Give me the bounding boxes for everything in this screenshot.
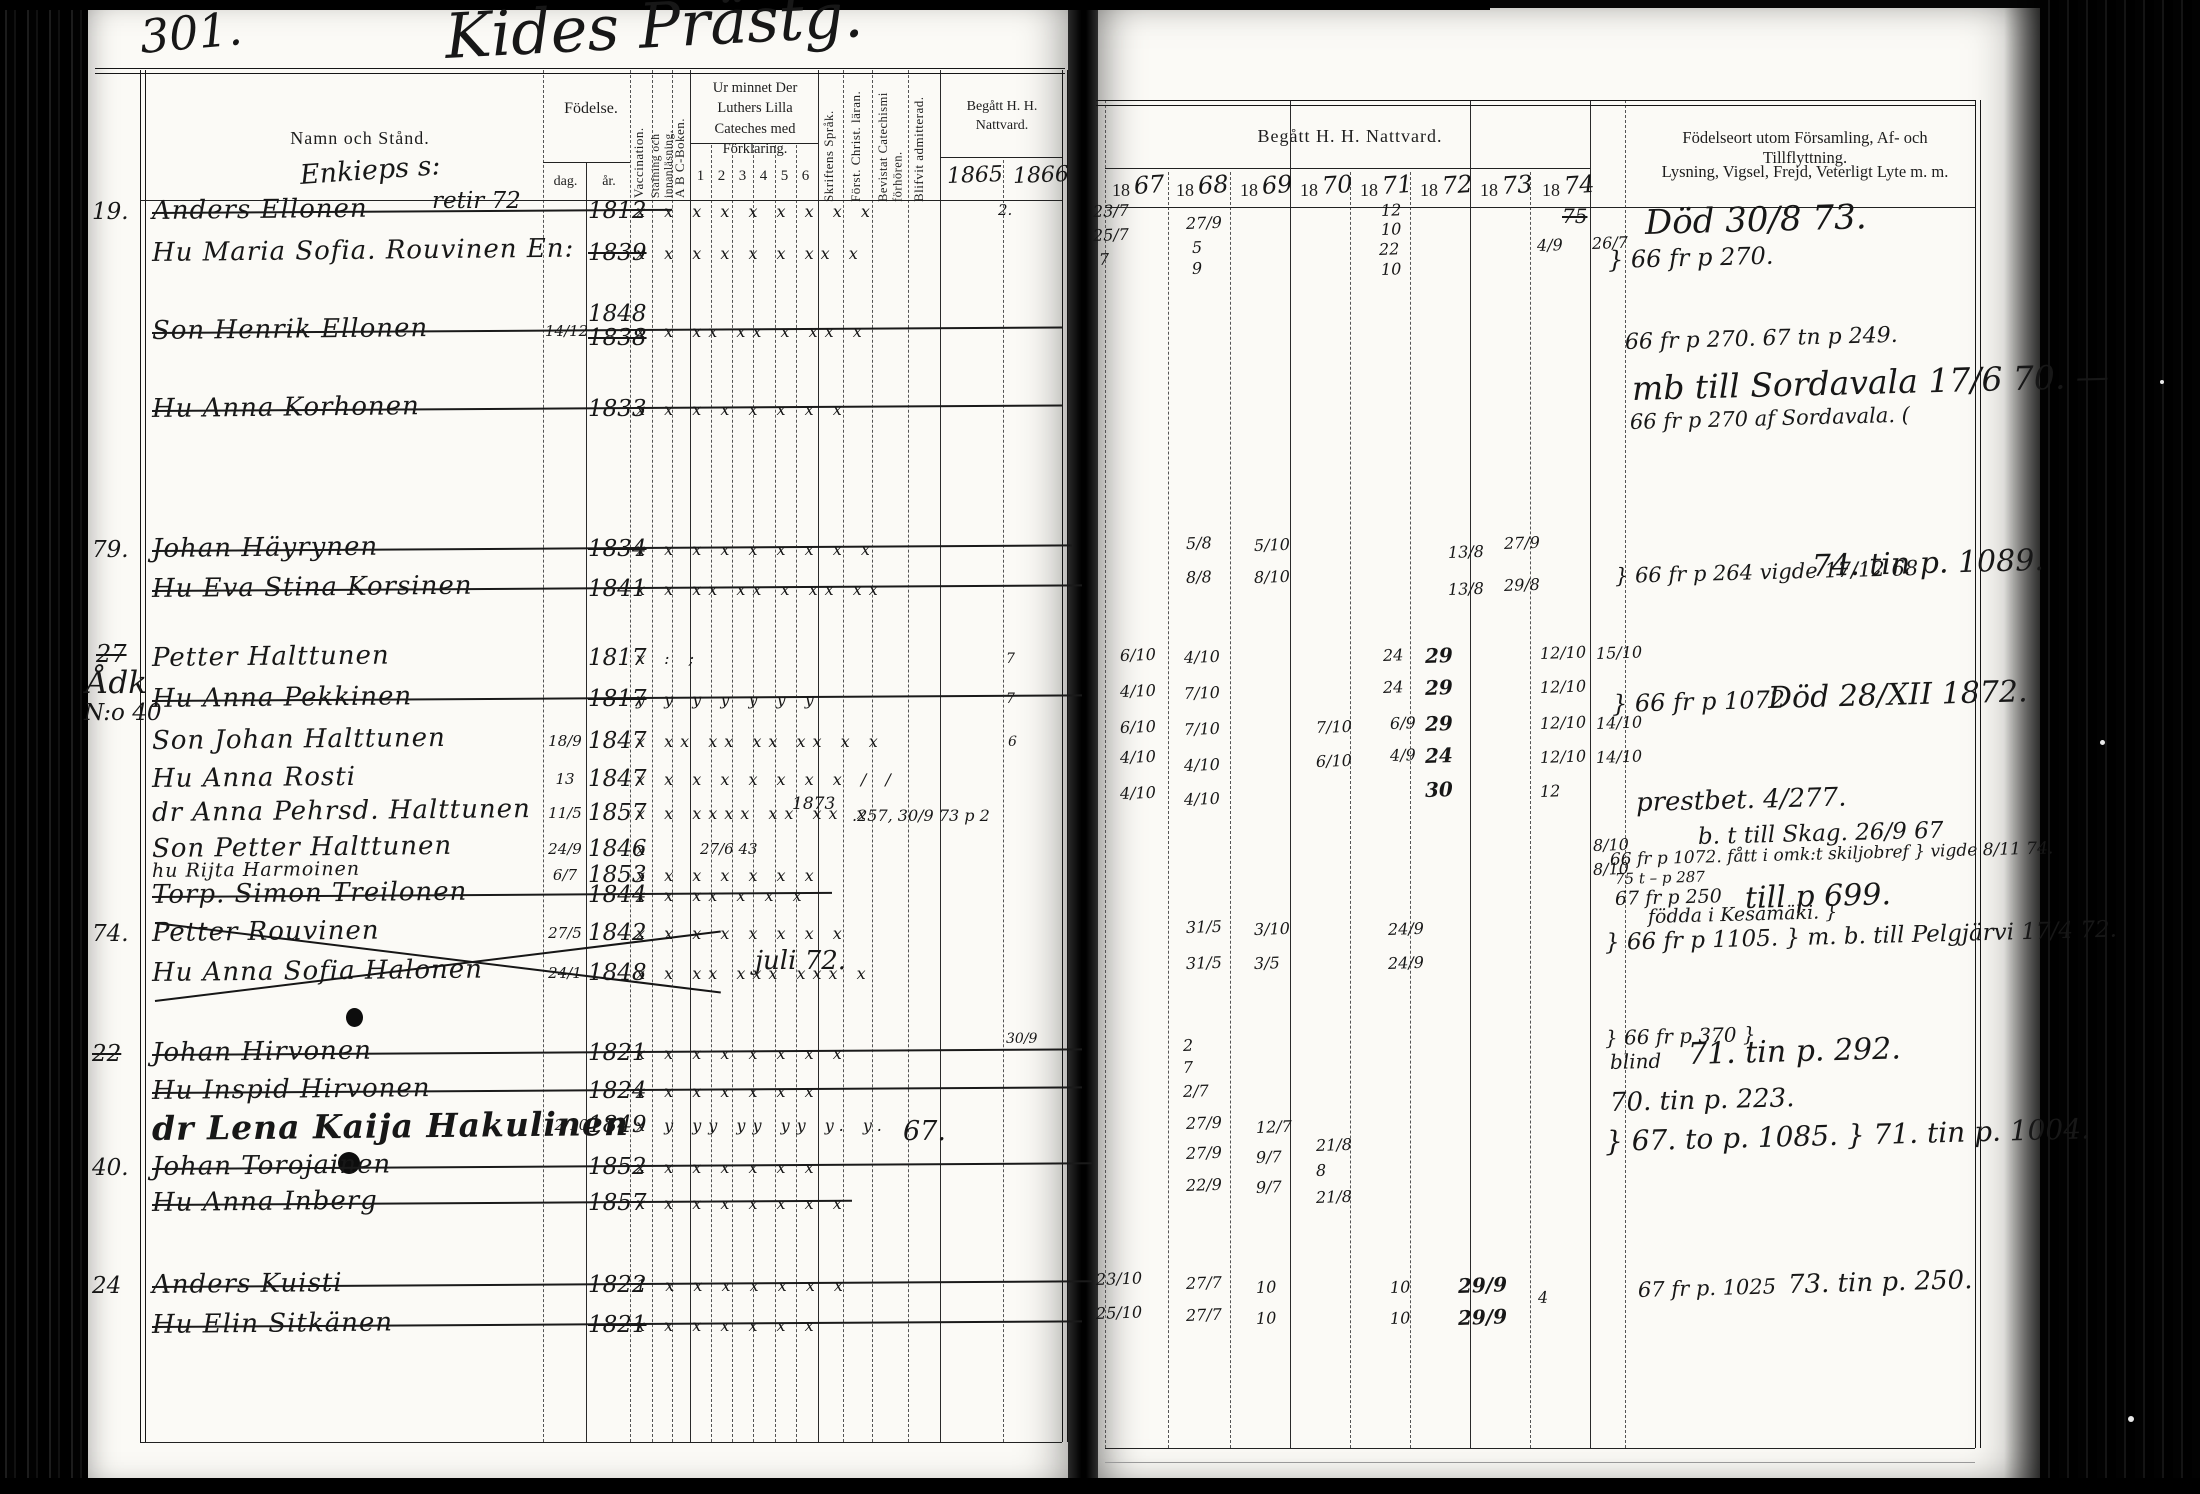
communion-date-mark: 5/10	[1254, 537, 1290, 554]
attendance-x-marks: x x x x x x x x	[636, 1046, 849, 1062]
record-note: blind	[1610, 1051, 1662, 1072]
scan-edge-left	[0, 0, 92, 1494]
communion-date-mark: 27/9	[1186, 1115, 1222, 1132]
grid-rule-vertical	[586, 162, 587, 1442]
communion-date-mark: 2	[1183, 1038, 1194, 1054]
attendance-x-marks: x x x x x x xx x	[636, 246, 865, 262]
column-header-attended-exams: Bevistat Catechismi förhören.	[876, 76, 905, 202]
communion-date-mark: 7/10	[1184, 721, 1220, 738]
grid-rule-vertical	[1062, 70, 1068, 1442]
grid-rule-vertical	[1470, 100, 1471, 1448]
communion-date-mark: 8/10	[1254, 569, 1290, 586]
communion-date-mark: 29/9	[1458, 1306, 1508, 1328]
grid-rule-vertical	[652, 70, 653, 1442]
column-header-birth: Födelse.	[552, 100, 630, 118]
scan-speck	[2100, 740, 2105, 745]
communion-date-mark: 10	[1390, 1279, 1411, 1296]
margin-note: 27/6 43	[700, 842, 758, 857]
right-page	[1096, 8, 2040, 1480]
record-note: 73. tin p. 250.	[1788, 1267, 1973, 1298]
communion-date-mark: 21/8	[1316, 1189, 1352, 1206]
column-header-first-christian: Först. Christ. läran.	[849, 76, 864, 202]
year-header-1874: 18	[1542, 180, 1560, 201]
communion-date-mark: 6/10	[1120, 719, 1156, 736]
year-header-hw-1867: 67	[1133, 172, 1165, 198]
record-note: födda i Kesämäki. }	[1648, 903, 1838, 927]
attendance-x-marks: x y yy yy yy y. y.	[636, 1118, 889, 1134]
margin-note: retir 72	[432, 190, 521, 213]
person-name: Son Johan Halttunen	[152, 725, 446, 754]
margin-note: 27	[96, 642, 127, 666]
communion-date-mark: 3/5	[1254, 955, 1280, 972]
grid-rule-vertical	[1410, 172, 1411, 1448]
year-header-1869: 18	[1240, 180, 1258, 201]
birth-day: 6/7	[545, 868, 585, 883]
communion-date-mark: 24/9	[1388, 955, 1424, 972]
grid-rule-vertical	[140, 70, 146, 1442]
attendance-x-marks: 1 x x x x x x x	[636, 1278, 850, 1294]
record-note: 71. tin p. 292.	[1688, 1034, 1902, 1070]
person-name: Hu Anna Rosti	[152, 764, 356, 792]
person-name: Johan Torojainen	[152, 1151, 391, 1180]
attendance-x-marks: x x x x x x x	[636, 1318, 821, 1334]
grid-rule-vertical	[843, 70, 844, 1442]
communion-date-mark: 3/10	[1254, 921, 1290, 938]
communion-date-mark: 31/5	[1186, 955, 1222, 972]
grid-rule-horizontal	[140, 1442, 1062, 1443]
column-header-catechism: Ur minnet Der Luthers Lilla Cateches med…	[694, 78, 816, 159]
communion-date-mark: 4/9	[1390, 747, 1416, 764]
column-header-abc-book: A B C-Boken.	[673, 76, 688, 198]
communion-date-mark: 12	[1540, 783, 1561, 800]
birth-day: 18/9	[545, 734, 585, 749]
catechism-col-6: 6	[795, 168, 816, 185]
margin-note: 6	[1008, 735, 1017, 749]
catechism-col-3: 3	[732, 168, 753, 185]
person-name: Hu Anna Inberg	[152, 1188, 378, 1216]
grid-rule-vertical	[630, 70, 631, 1442]
person-name: Johan Hirvonen	[152, 1038, 372, 1066]
margin-note: Ådk	[86, 668, 147, 699]
attendance-x-marks: x x xx x x x	[636, 888, 809, 904]
birth-day: 24/9	[545, 842, 585, 857]
person-name: Hu Anna Pekkinen	[152, 683, 412, 712]
communion-date-mark: 24	[1383, 647, 1404, 664]
person-name: Anders Ellonen	[152, 196, 368, 224]
person-name: dr Anna Pehrsd. Halttunen	[152, 796, 531, 826]
communion-date-mark: 30	[1425, 779, 1454, 800]
communion-date-mark: 12/10	[1540, 748, 1587, 766]
communion-date-mark: 4/10	[1184, 757, 1220, 774]
birth-day: 12/10	[545, 1118, 585, 1133]
person-name: Petter Halttunen	[152, 643, 390, 671]
grid-rule-vertical	[1168, 172, 1169, 1448]
communion-date-mark: 21/8	[1316, 1137, 1352, 1154]
row-margin-number: 40.	[92, 1157, 129, 1180]
column-header-notes-2: Lysning, Vigsel, Frejd, Veterligt Lyte m…	[1640, 162, 1970, 182]
communion-date-mark: 2/7	[1183, 1083, 1209, 1100]
year-header-1870: 18	[1300, 180, 1318, 201]
attendance-x-marks: x x x x x x x x x	[636, 542, 877, 558]
attendance-x-marks: x	[636, 842, 652, 858]
column-header-admitted: Blifvit admitterad.	[912, 76, 927, 202]
communion-date-mark: 12	[1381, 202, 1402, 219]
row-margin-number: 79.	[92, 539, 129, 562]
catechism-col-1: 1	[690, 168, 711, 185]
column-header-vaccination: Vaccination.	[632, 76, 647, 198]
record-note: 67 fr p. 1025	[1638, 1276, 1777, 1301]
catechism-col-2: 2	[711, 168, 732, 185]
attendance-x-marks: x x x x x x x x	[636, 1196, 849, 1212]
column-header-communion-left: Begått H. H. Nattvard.	[944, 98, 1060, 136]
grid-rule-vertical	[672, 70, 673, 1442]
column-header-communion-right: Begått H. H. Nattvard.	[1180, 126, 1520, 147]
communion-date-mark: 22/9	[1186, 1177, 1222, 1194]
attendance-x-marks: x : ;	[636, 651, 701, 667]
year-header-hw-1874: 74	[1563, 172, 1595, 198]
attendance-x-marks: x x x x x x x	[636, 1084, 821, 1100]
communion-year-1866: 1866	[1013, 164, 1070, 188]
communion-date-mark: 27/9	[1504, 535, 1540, 552]
person-name: Son Henrik Ellonen	[152, 315, 428, 344]
year-header-1873: 18	[1480, 180, 1498, 201]
row-margin-number: 19.	[92, 201, 129, 224]
communion-date-mark: 6/10	[1316, 753, 1352, 770]
catechism-col-5: 5	[774, 168, 795, 185]
margin-note: juli 72.	[755, 948, 846, 974]
record-note: 75 t – p 287	[1615, 870, 1705, 887]
attendance-x-marks: x x x x x x x x	[636, 926, 849, 942]
year-header-hw-1870: 70	[1321, 172, 1353, 198]
attendance-x-marks: x x x x x x x x ∕ ∕	[636, 772, 898, 788]
communion-date-mark: 10	[1381, 261, 1402, 278]
communion-date-mark: 15/10	[1596, 644, 1643, 662]
birth-day: 27/5	[545, 926, 585, 941]
scanned-record-book: 301. Kides Prästg. Namn och Stånd. Enkie…	[0, 0, 2200, 1494]
communion-date-mark: 27/9	[1186, 1145, 1222, 1162]
scan-edge-right	[2040, 0, 2200, 1494]
column-header-birth-year: år.	[588, 174, 630, 190]
book-gutter	[1068, 0, 1098, 1494]
communion-date-mark: 23/10	[1096, 1270, 1143, 1288]
communion-date-mark: 9/7	[1256, 1179, 1282, 1196]
year-header-hw-1871: 71	[1381, 172, 1413, 198]
communion-date-mark: 10	[1390, 1310, 1411, 1327]
communion-date-mark: 12/10	[1540, 644, 1587, 662]
communion-date-mark: 29/9	[1458, 1274, 1508, 1296]
grid-rule-vertical	[872, 70, 873, 1442]
row-margin-number: 22	[92, 1043, 121, 1066]
margin-note: N:o 40	[84, 702, 161, 725]
communion-date-mark: 4/10	[1184, 791, 1220, 808]
record-note: prestbet. 4/277.	[1636, 784, 1847, 816]
communion-date-mark: 13/8	[1448, 544, 1484, 561]
communion-date-mark: 4/10	[1120, 683, 1156, 700]
year-header-hw-1872: 72	[1441, 172, 1473, 198]
grid-rule-vertical	[908, 70, 909, 1442]
communion-year-1865: 1865	[947, 164, 1004, 188]
grid-rule-vertical	[543, 70, 544, 1442]
attendance-x-marks: x x xxxx xx xx x	[636, 806, 873, 822]
grid-rule-vertical	[1105, 100, 1106, 1448]
column-header-birth-day: dag.	[545, 174, 586, 190]
communion-date-mark: 6/9	[1390, 715, 1416, 732]
scan-speck	[2160, 380, 2164, 384]
grid-rule-vertical	[690, 70, 691, 1442]
communion-date-mark: 10	[1381, 221, 1402, 238]
communion-date-mark: 10	[1256, 1279, 1277, 1296]
communion-date-mark: 5	[1192, 240, 1203, 256]
birth-day: 13	[545, 772, 585, 787]
record-note: 70. tin p. 223.	[1610, 1085, 1795, 1116]
attendance-x-marks: x x x x x x x	[636, 1160, 821, 1176]
person-name: Hu Inspid Hirvonen	[152, 1075, 431, 1104]
communion-date-mark: 12/10	[1540, 714, 1587, 732]
record-note: Död 30/8 73.	[1645, 200, 1867, 240]
communion-date-mark: 7	[1183, 1060, 1194, 1076]
grid-rule-horizontal	[1105, 1462, 1975, 1463]
communion-date-mark: 7/10	[1316, 719, 1352, 736]
ink-blot	[346, 1008, 363, 1027]
attendance-x-marks: y y y y y y y	[636, 692, 821, 708]
communion-date-mark: 8/8	[1186, 569, 1212, 586]
communion-date-mark: 27/7	[1186, 1275, 1222, 1292]
attendance-x-marks: x x x x x x x	[636, 868, 821, 884]
birth-day: 14/12	[545, 324, 585, 339]
catechism-col-4: 4	[753, 168, 774, 185]
communion-date-mark: 29	[1425, 713, 1454, 734]
year-header-1872: 18	[1420, 180, 1438, 201]
grid-rule-horizontal	[95, 68, 1065, 74]
row-margin-number: 74.	[92, 923, 129, 946]
grid-rule-vertical	[1590, 100, 1591, 1448]
row-margin-number: 24	[92, 1275, 121, 1298]
communion-date-mark: 7/10	[1184, 685, 1220, 702]
person-name: Petter Rouvinen	[152, 918, 380, 946]
communion-date-mark: 14/10	[1596, 748, 1643, 766]
communion-date-mark: 29/8	[1504, 577, 1540, 594]
grid-rule-vertical	[1350, 172, 1351, 1448]
record-note: } 66 fr p 270.	[1608, 244, 1774, 272]
communion-date-mark: 25/7	[1093, 227, 1129, 244]
communion-date-mark: 29	[1425, 677, 1454, 698]
year-header-1868: 18	[1176, 180, 1194, 201]
communion-date-mark: 4/10	[1120, 749, 1156, 766]
grid-rule-vertical	[1230, 172, 1231, 1448]
margin-note: 7	[1006, 652, 1015, 666]
year-header-extra: 75	[1562, 206, 1587, 226]
record-note: } 66 fr p 1072	[1612, 687, 1786, 716]
grid-rule-horizontal	[690, 143, 818, 144]
grid-rule-horizontal	[1096, 100, 1975, 106]
communion-date-mark: 10	[1256, 1310, 1277, 1327]
grid-rule-vertical	[1530, 172, 1531, 1448]
communion-date-mark: 31/5	[1186, 919, 1222, 936]
grid-rule-vertical	[940, 70, 941, 1442]
year-header-1867: 18	[1112, 180, 1130, 201]
grid-rule-vertical	[1975, 100, 1981, 1448]
attendance-x-marks: x x x x x x x x	[636, 402, 849, 418]
communion-date-mark: 13/8	[1448, 581, 1484, 598]
scan-speck	[2128, 1416, 2134, 1422]
year-header-hw-1873: 73	[1501, 172, 1533, 198]
attendance-x-marks: x x xx xx x xx xx	[636, 582, 885, 598]
scan-edge-bottom	[0, 1478, 2200, 1494]
person-name: Hu Anna Korhonen	[152, 393, 420, 422]
person-name: Hu Eva Stina Korsinen	[152, 573, 473, 602]
communion-date-mark: 24	[1425, 745, 1454, 766]
margin-note: 67.	[903, 1118, 946, 1145]
grid-rule-vertical	[1290, 100, 1291, 1448]
communion-date-mark: 24/9	[1388, 921, 1424, 938]
communion-date-mark: 4/9	[1537, 237, 1563, 254]
communion-date-mark: 27/9	[1186, 215, 1222, 232]
person-name: Torp. Simon Treilonen	[152, 879, 468, 908]
communion-date-mark: 8	[1316, 1163, 1327, 1179]
margin-note: .257, 30/9 73 p 2	[852, 808, 990, 824]
communion-date-mark: 9	[1192, 261, 1203, 277]
communion-date-mark: 9/7	[1256, 1149, 1282, 1166]
communion-date-mark: 4/10	[1184, 649, 1220, 666]
communion-date-mark: 22	[1379, 241, 1400, 258]
margin-note: 1873	[792, 796, 835, 813]
communion-date-mark: 12/10	[1540, 678, 1587, 696]
communion-date-mark: 25/10	[1096, 1304, 1143, 1322]
column-header-name: Namn och Stånd.	[240, 128, 480, 149]
person-name: Hu Elin Sitkänen	[152, 1309, 393, 1338]
communion-date-mark: 4/10	[1120, 785, 1156, 802]
communion-date-mark: 12/7	[1256, 1119, 1292, 1136]
attendance-x-marks: x xx xx xx xx x x	[636, 734, 885, 750]
column-header-scripture-language: Skriftens Språk.	[822, 76, 837, 202]
person-name: Johan Häyrynen	[152, 534, 378, 562]
record-note: 74. tin p. 1089.	[1812, 546, 2045, 582]
person-name: Anders Kuisti	[152, 1270, 343, 1298]
year-header-hw-1869: 69	[1261, 172, 1293, 198]
grid-rule-vertical	[1003, 160, 1004, 1442]
grid-rule-vertical	[1625, 100, 1626, 1448]
grid-rule-horizontal	[1105, 1448, 1975, 1449]
communion-date-mark: 6/10	[1120, 647, 1156, 664]
margin-note: 7	[1006, 692, 1015, 706]
margin-note: 2.	[998, 203, 1012, 218]
year-header-1871: 18	[1360, 180, 1378, 201]
page-number: 301.	[138, 5, 244, 60]
year-header-hw-1868: 68	[1197, 172, 1229, 198]
attendance-x-marks: x x x x x x x x x	[636, 204, 877, 220]
grid-rule-horizontal	[543, 162, 630, 163]
communion-date-mark: 23/7	[1093, 203, 1129, 220]
communion-date-mark: 5/8	[1186, 535, 1212, 552]
attendance-x-marks: x x xx xx x xx x	[636, 324, 869, 340]
grid-rule-horizontal	[1105, 168, 1590, 169]
communion-date-mark: 24	[1383, 679, 1404, 696]
grid-rule-horizontal	[940, 157, 1062, 158]
person-name: Hu Maria Sofia. Rouvinen En:	[152, 236, 575, 266]
birth-day: 11/5	[545, 806, 585, 821]
record-note: Död 28/XII 1872.	[1768, 677, 2028, 714]
communion-date-mark: 27/7	[1186, 1307, 1222, 1324]
margin-note: 30/9	[1006, 1032, 1037, 1046]
communion-date-mark: 4	[1538, 1290, 1549, 1306]
grid-rule-vertical	[818, 70, 819, 1442]
communion-date-mark: 7	[1099, 252, 1110, 268]
communion-date-mark: 29	[1425, 645, 1454, 666]
